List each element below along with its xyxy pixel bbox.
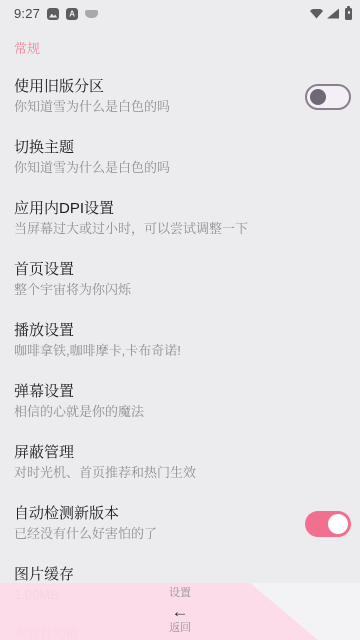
- switch-thumb: [328, 514, 348, 534]
- status-bar-right: [310, 8, 352, 20]
- item-title: 弹幕设置: [14, 382, 144, 402]
- item-title: 切换主题: [14, 138, 170, 158]
- item-title: 使用旧版分区: [14, 77, 170, 97]
- item-text: 弹幕设置 相信的心就是你的魔法: [14, 382, 144, 421]
- item-title: 屏蔽管理: [14, 443, 196, 463]
- switch-thumb: [310, 89, 326, 105]
- item-title: 图片缓存: [14, 565, 74, 585]
- status-bar: 9:27 A: [0, 0, 360, 24]
- item-text: 播放设置 咖啡拿铁,咖啡摩卡,卡布奇诺!: [14, 321, 181, 360]
- settings-item-auto-update-check[interactable]: 自动检测新版本 已经没有什么好害怕的了: [0, 493, 360, 554]
- current-screen-label: 设置: [169, 586, 191, 600]
- settings-item-homepage[interactable]: 首页设置 整个宇宙将为你闪烁: [0, 249, 360, 310]
- legacy-partition-toggle[interactable]: [305, 84, 351, 110]
- item-title: 首页设置: [14, 260, 131, 280]
- settings-item-playback[interactable]: 播放设置 咖啡拿铁,咖啡摩卡,卡布奇诺!: [0, 310, 360, 371]
- settings-list: 使用旧版分区 你知道雪为什么是白色的吗 切换主题 你知道雪为什么是白色的吗 应用…: [0, 66, 360, 615]
- image-notification-icon: [47, 8, 59, 20]
- settings-item-use-legacy-partition[interactable]: 使用旧版分区 你知道雪为什么是白色的吗: [0, 66, 360, 127]
- misc-notification-icon: [85, 10, 98, 18]
- navigation-overlay: 设置 ← 返回: [0, 583, 360, 640]
- item-text: 使用旧版分区 你知道雪为什么是白色的吗: [14, 77, 170, 116]
- cellular-signal-icon: [327, 9, 339, 19]
- item-subtitle: 相信的心就是你的魔法: [14, 403, 144, 421]
- item-subtitle: 已经没有什么好害怕的了: [14, 525, 157, 543]
- item-subtitle: 咖啡拿铁,咖啡摩卡,卡布奇诺!: [14, 342, 181, 360]
- item-subtitle: 整个宇宙将为你闪烁: [14, 281, 131, 299]
- item-subtitle: 当屏幕过大或过小时，可以尝试调整一下: [14, 220, 248, 238]
- item-title: 自动检测新版本: [14, 504, 157, 524]
- item-text: 自动检测新版本 已经没有什么好害怕的了: [14, 504, 157, 543]
- clock: 9:27: [14, 6, 40, 21]
- letter-a-notification-icon: A: [66, 8, 78, 20]
- status-bar-left: 9:27 A: [14, 6, 98, 21]
- overlay-content: 设置 ← 返回: [0, 583, 360, 635]
- settings-item-dpi[interactable]: 应用内DPI设置 当屏幕过大或过小时，可以尝试调整一下: [0, 188, 360, 249]
- item-title: 应用内DPI设置: [14, 199, 248, 219]
- item-text: 切换主题 你知道雪为什么是白色的吗: [14, 138, 170, 177]
- item-subtitle: 你知道雪为什么是白色的吗: [14, 98, 170, 116]
- item-subtitle: 你知道雪为什么是白色的吗: [14, 159, 170, 177]
- item-text: 首页设置 整个宇宙将为你闪烁: [14, 260, 131, 299]
- back-label: 返回: [169, 621, 191, 635]
- item-text: 屏蔽管理 对时光机、首页推荐和热门生效: [14, 443, 196, 482]
- item-title: 播放设置: [14, 321, 181, 341]
- settings-item-block-management[interactable]: 屏蔽管理 对时光机、首页推荐和热门生效: [0, 432, 360, 493]
- battery-icon: [345, 8, 352, 20]
- settings-item-switch-theme[interactable]: 切换主题 你知道雪为什么是白色的吗: [0, 127, 360, 188]
- settings-screen: 9:27 A 常规 使用旧版分区 你知道雪为什么是白色的吗 切换主题 你知道雪为…: [0, 0, 360, 640]
- wifi-icon: [310, 9, 323, 19]
- section-label-general: 常规: [14, 40, 360, 57]
- settings-item-danmaku[interactable]: 弹幕设置 相信的心就是你的魔法: [0, 371, 360, 432]
- auto-update-toggle[interactable]: [305, 511, 351, 537]
- item-subtitle: 对时光机、首页推荐和热门生效: [14, 464, 196, 482]
- item-text: 应用内DPI设置 当屏幕过大或过小时，可以尝试调整一下: [14, 199, 248, 238]
- back-arrow-icon[interactable]: ←: [172, 603, 189, 621]
